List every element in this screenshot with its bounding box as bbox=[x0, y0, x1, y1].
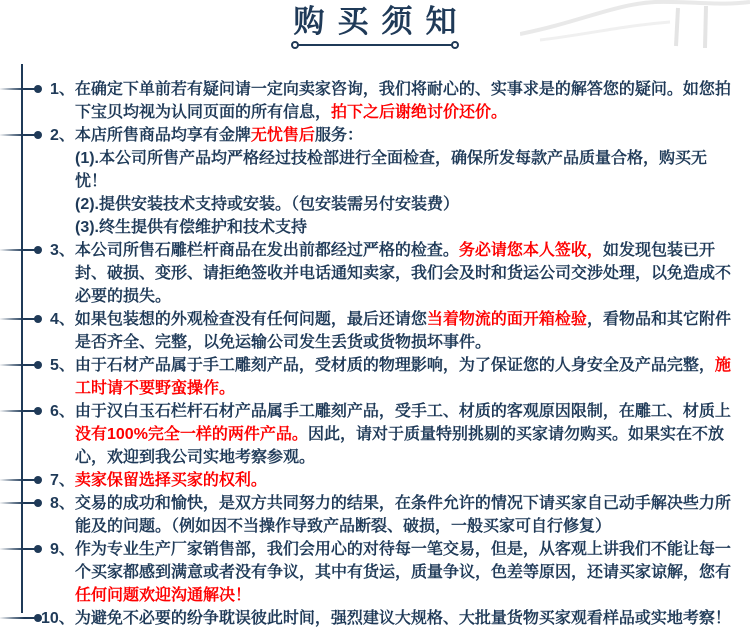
item-text-segment: 卖家保留选择买家的权利。 bbox=[75, 472, 267, 489]
item-text: 4、如果包装想的外观检查没有任何问题，最后还请您当着物流的面开箱检验，看物品和其… bbox=[75, 308, 736, 354]
item-text: 5、由于石材产品属于手工雕刻产品，受材质的物理影响，为了保证您的人身安全及产品完… bbox=[75, 354, 736, 400]
item-text-segment: 作为专业生产厂家销售部，我们会用心的对待每一笔交易，但是，从客观上讲我们不能让每… bbox=[75, 541, 731, 581]
item-number: 2、 bbox=[50, 127, 75, 144]
item-text-segment: 如果包装想的外观检查没有任何问题，最后还请您 bbox=[75, 311, 427, 328]
underline-right-ring-icon bbox=[451, 41, 459, 49]
purchase-notice-page: 购买须知 1、在确定下单前若有疑问请一定向卖家咨询，我们将耐心的、实事求是的解答… bbox=[0, 0, 750, 641]
item-text: 7、卖家保留选择买家的权利。 bbox=[75, 469, 736, 492]
item-number: 6、 bbox=[50, 403, 75, 420]
notice-list: 1、在确定下单前若有疑问请一定向卖家咨询，我们将耐心的、实事求是的解答您的疑问。… bbox=[0, 78, 750, 630]
item-number: 3、 bbox=[50, 242, 75, 259]
list-item: 6、由于汉白玉石栏杆石材产品属手工雕刻产品，受手工、材质的客观原因限制，在雕工、… bbox=[0, 400, 750, 469]
item-text-segment: 由于石材产品属于手工雕刻产品，受材质的物理影响，为了保证您的人身安全及产品完整， bbox=[75, 357, 715, 374]
item-text-segment: 当着物流的面开箱检验 bbox=[427, 311, 587, 328]
item-number: 4、 bbox=[50, 311, 75, 328]
item-text-segment: 交易的成功和愉快，是双方共同努力的结果，在条件允许的情况下请买家自己动手解决些力… bbox=[75, 495, 731, 535]
list-item: 7、卖家保留选择买家的权利。 bbox=[0, 469, 750, 492]
list-item: 1、在确定下单前若有疑问请一定向卖家咨询，我们将耐心的、实事求是的解答您的疑问。… bbox=[0, 78, 750, 124]
item-number: 9、 bbox=[50, 541, 75, 558]
item-text-segment: 务必请您本人签收， bbox=[459, 242, 603, 259]
item-number: 10、 bbox=[41, 610, 75, 627]
item-text-segment: 服务： bbox=[315, 127, 363, 144]
underline-line bbox=[295, 44, 455, 46]
item-text-segment: 本公司所售石雕栏杆商品在发出前都经过严格的检查。 bbox=[75, 242, 459, 259]
item-text-segment: 本店所售商品均享有金牌 bbox=[75, 127, 251, 144]
item-number: 8、 bbox=[50, 495, 75, 512]
item-text: 8、交易的成功和愉快，是双方共同努力的结果，在条件允许的情况下请买家自己动手解决… bbox=[75, 492, 736, 538]
list-item: 5、由于石材产品属于手工雕刻产品，受材质的物理影响，为了保证您的人身安全及产品完… bbox=[0, 354, 750, 400]
item-text: 3、本公司所售石雕栏杆商品在发出前都经过严格的检查。务必请您本人签收，如发现包装… bbox=[75, 239, 736, 308]
item-text-segment: 无忧售后 bbox=[251, 127, 315, 144]
item-text: 2、本店所售商品均享有金牌无忧售后服务：(1).本公司所售产品均严格经过技检部进… bbox=[75, 124, 736, 239]
item-text-segment: 拍下之后谢绝讨价还价。 bbox=[331, 104, 507, 121]
item-subline: (2).提供安装技术支持或安装。（包安装需另付安装费） bbox=[75, 193, 736, 216]
list-item: 2、本店所售商品均享有金牌无忧售后服务：(1).本公司所售产品均严格经过技检部进… bbox=[0, 124, 750, 239]
item-text-segment: 没有100%完全一样的两件产品。 bbox=[75, 426, 308, 443]
underline-left-ring-icon bbox=[291, 41, 299, 49]
item-text: 9、作为专业生产厂家销售部，我们会用心的对待每一笔交易，但是，从客观上讲我们不能… bbox=[75, 538, 736, 607]
item-subline: (3).终生提供有偿维护和技术支持 bbox=[75, 216, 736, 239]
list-item: 4、如果包装想的外观检查没有任何问题，最后还请您当着物流的面开箱检验，看物品和其… bbox=[0, 308, 750, 354]
item-subline: (1).本公司所售产品均严格经过技检部进行全面检查，确保所发每款产品质量合格，购… bbox=[75, 147, 736, 193]
item-text: 1、在确定下单前若有疑问请一定向卖家咨询，我们将耐心的、实事求是的解答您的疑问。… bbox=[75, 78, 736, 124]
item-text-segment: 由于汉白玉石栏杆石材产品属手工雕刻产品，受手工、材质的客观原因限制，在雕工、材质… bbox=[75, 403, 731, 420]
title-underline bbox=[291, 41, 459, 49]
list-item: 3、本公司所售石雕栏杆商品在发出前都经过严格的检查。务必请您本人签收，如发现包装… bbox=[0, 239, 750, 308]
item-number: 1、 bbox=[50, 81, 75, 98]
item-number: 7、 bbox=[50, 472, 75, 489]
list-item: 10、为避免不必要的纷争耽误彼此时间，强烈建议大规格、大批量货物买家观看样品或实… bbox=[0, 607, 750, 630]
page-title: 购买须知 bbox=[0, 4, 750, 40]
item-text-segment: 任何问题欢迎沟通解决！ bbox=[75, 587, 251, 604]
notice-header: 购买须知 bbox=[0, 4, 750, 49]
item-text: 10、为避免不必要的纷争耽误彼此时间，强烈建议大规格、大批量货物买家观看样品或实… bbox=[75, 607, 736, 630]
list-item: 9、作为专业生产厂家销售部，我们会用心的对待每一笔交易，但是，从客观上讲我们不能… bbox=[0, 538, 750, 607]
list-item: 8、交易的成功和愉快，是双方共同努力的结果，在条件允许的情况下请买家自己动手解决… bbox=[0, 492, 750, 538]
item-text: 6、由于汉白玉石栏杆石材产品属手工雕刻产品，受手工、材质的客观原因限制，在雕工、… bbox=[75, 400, 736, 469]
item-text-segment: 为避免不必要的纷争耽误彼此时间，强烈建议大规格、大批量货物买家观看样品或实地考察… bbox=[75, 610, 731, 627]
item-number: 5、 bbox=[50, 357, 75, 374]
